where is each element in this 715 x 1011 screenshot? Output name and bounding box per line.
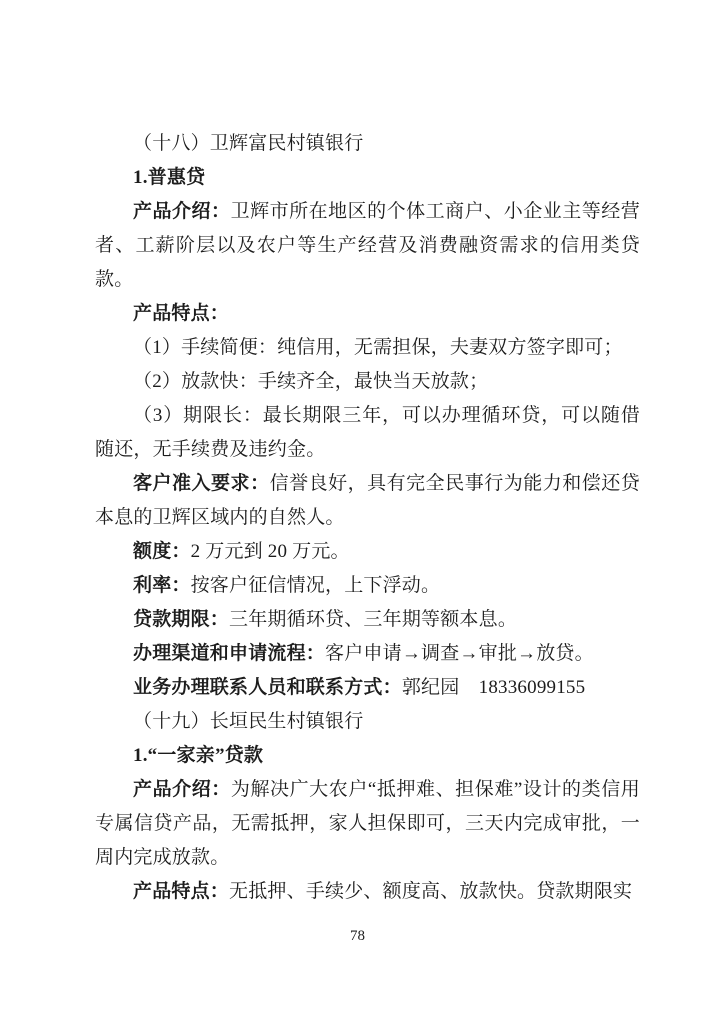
feature-item-2-text: （2）放款快：手续齐全，最快当天放款； <box>133 371 488 392</box>
section-heading-19: （十九）长垣民生村镇银行 <box>95 705 640 739</box>
loan-amount-text: 2 万元到 20 万元。 <box>191 541 350 562</box>
feature-item-3-text: （3）期限长：最长期限三年，可以办理循环贷，可以随借随还，无手续费及违约金。 <box>95 405 640 460</box>
business-contact: 业务办理联系人员和联系方式：郭纪园 18336099155 <box>95 671 640 705</box>
application-channel-process-text: 客户申请→调查→审批→放贷。 <box>325 643 594 664</box>
interest-rate-label: 利率： <box>133 575 191 596</box>
product-title-yijiaqin: 1.“一家亲”贷款 <box>95 739 640 773</box>
product-title-yijiaqin-label: 1.“一家亲”贷款 <box>133 745 263 766</box>
feature-item-1-text: （1）手续简便：纯信用，无需担保，夫妻双方签字即可； <box>133 337 623 358</box>
feature-item-1: （1）手续简便：纯信用，无需担保，夫妻双方签字即可； <box>95 331 640 365</box>
interest-rate: 利率：按客户征信情况，上下浮动。 <box>95 569 640 603</box>
document-body: （十八）卫辉富民村镇银行1.普惠贷产品介绍：卫辉市所在地区的个体工商户、小企业主… <box>95 127 640 909</box>
loan-term-label: 贷款期限： <box>133 609 229 630</box>
section-heading-18: （十八）卫辉富民村镇银行 <box>95 127 640 161</box>
page-number: 78 <box>0 926 715 946</box>
loan-amount: 额度：2 万元到 20 万元。 <box>95 535 640 569</box>
product-title-puhuidai-label: 1.普惠贷 <box>133 167 205 188</box>
customer-admission-requirements: 客户准入要求：信誉良好，具有完全民事行为能力和偿还贷本息的卫辉区域内的自然人。 <box>95 467 640 535</box>
product-intro-puhuidai-label: 产品介绍： <box>133 201 231 222</box>
feature-item-3: （3）期限长：最长期限三年，可以办理循环贷，可以随借随还，无手续费及违约金。 <box>95 399 640 467</box>
product-intro-puhuidai: 产品介绍：卫辉市所在地区的个体工商户、小企业主等经营者、工薪阶层以及农户等生产经… <box>95 195 640 297</box>
product-title-puhuidai: 1.普惠贷 <box>95 161 640 195</box>
product-features-yijiaqin-label: 产品特点： <box>133 881 229 902</box>
section-heading-18-text: （十八）卫辉富民村镇银行 <box>133 133 363 154</box>
customer-admission-requirements-label: 客户准入要求： <box>133 473 270 494</box>
product-intro-yijiaqin: 产品介绍：为解决广大农户“抵押难、担保难”设计的类信用专属信贷产品，无需抵押，家… <box>95 773 640 875</box>
loan-term-text: 三年期循环贷、三年期等额本息。 <box>229 609 517 630</box>
document-page: { "document": { "page_number": "78", "ba… <box>0 0 715 1011</box>
product-features-heading-label: 产品特点： <box>133 303 229 324</box>
loan-term: 贷款期限：三年期循环贷、三年期等额本息。 <box>95 603 640 637</box>
loan-amount-label: 额度： <box>133 541 191 562</box>
product-features-yijiaqin-text: 无抵押、手续少、额度高、放款快。贷款期限实 <box>229 881 632 902</box>
product-features-yijiaqin: 产品特点：无抵押、手续少、额度高、放款快。贷款期限实 <box>95 875 640 909</box>
business-contact-label: 业务办理联系人员和联系方式： <box>133 677 402 698</box>
application-channel-process: 办理渠道和申请流程：客户申请→调查→审批→放贷。 <box>95 637 640 671</box>
business-contact-text: 郭纪园 18336099155 <box>402 677 586 698</box>
section-heading-19-text: （十九）长垣民生村镇银行 <box>133 711 363 732</box>
product-intro-yijiaqin-label: 产品介绍： <box>133 779 231 800</box>
feature-item-2: （2）放款快：手续齐全，最快当天放款； <box>95 365 640 399</box>
interest-rate-text: 按客户征信情况，上下浮动。 <box>191 575 441 596</box>
product-features-heading: 产品特点： <box>95 297 640 331</box>
application-channel-process-label: 办理渠道和申请流程： <box>133 643 325 664</box>
